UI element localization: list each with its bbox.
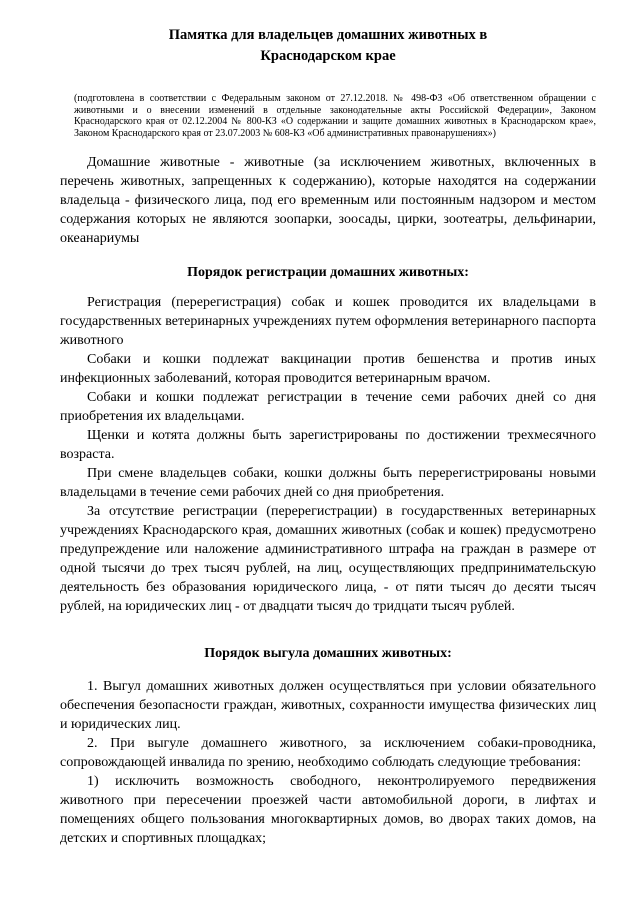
document-title: Памятка для владельцев домашних животных… — [60, 25, 596, 67]
legal-basis-note: (подготовлена в соответствии с Федеральн… — [74, 93, 596, 140]
section-heading-walking: Порядок выгула домашних животных: — [60, 644, 596, 663]
registration-paragraph-5: При смене владельцев собаки, кошки должн… — [60, 464, 596, 502]
registration-paragraph-3: Собаки и кошки подлежат регистрации в те… — [60, 388, 596, 426]
walking-paragraph-1: 1. Выгул домашних животных должен осущес… — [60, 677, 596, 734]
walking-paragraph-3: 1) исключить возможность свободного, нек… — [60, 772, 596, 848]
document-page: Памятка для владельцев домашних животных… — [0, 0, 636, 900]
section-heading-registration: Порядок регистрации домашних животных: — [60, 263, 596, 282]
registration-paragraph-6: За отсутствие регистрации (перерегистрац… — [60, 502, 596, 616]
registration-paragraph-2: Собаки и кошки подлежат вакцинации проти… — [60, 350, 596, 388]
definition-paragraph: Домашние животные - животные (за исключе… — [60, 153, 596, 248]
registration-paragraph-1: Регистрация (перерегистрация) собак и ко… — [60, 293, 596, 350]
registration-paragraph-4: Щенки и котята должны быть зарегистриров… — [60, 426, 596, 464]
walking-paragraph-2: 2. При выгуле домашнего животного, за ис… — [60, 734, 596, 772]
